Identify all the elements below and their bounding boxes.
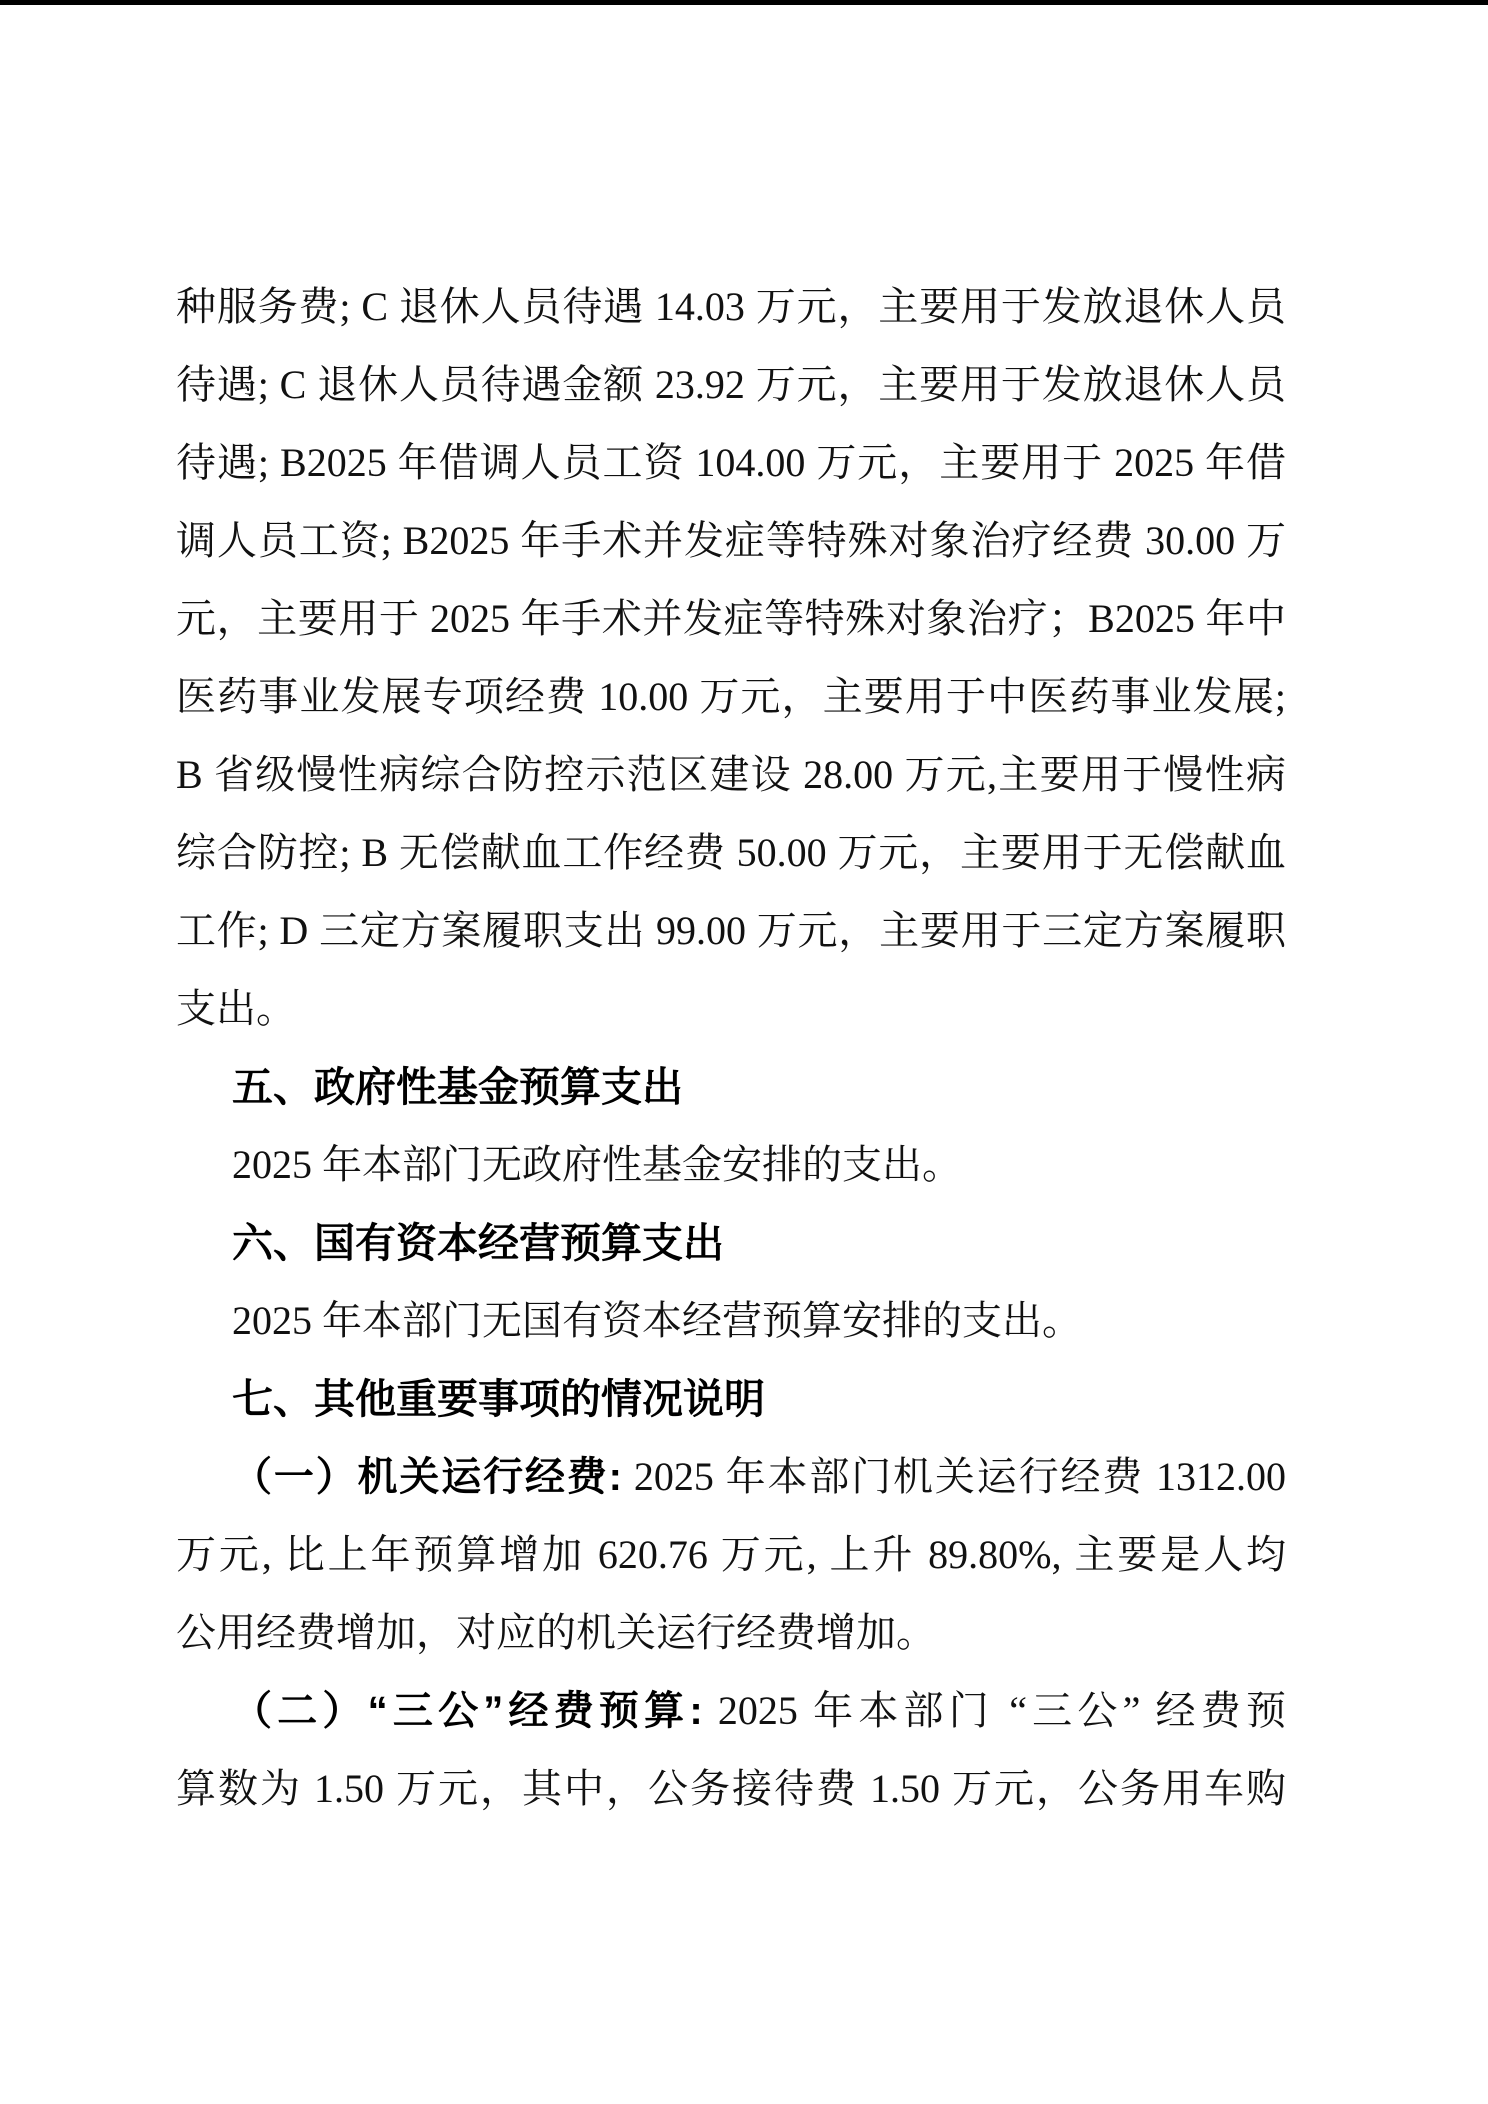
text-column: 种服务费; C 退休人员待遇 14.03 万元，主要用于发放退休人员 待遇; C…	[176, 268, 1286, 1828]
item1-label: （一）机关运行经费:	[232, 1455, 622, 1499]
body-line: B 省级慢性病综合防控示范区建设 28.00 万元,主要用于慢性病	[176, 736, 1286, 814]
body-line: 种服务费; C 退休人员待遇 14.03 万元，主要用于发放退休人员	[176, 268, 1286, 346]
body-line: 工作; D 三定方案履职支出 99.00 万元，主要用于三定方案履职	[176, 892, 1286, 970]
document-page: 种服务费; C 退休人员待遇 14.03 万元，主要用于发放退休人员 待遇; C…	[0, 0, 1488, 2104]
section5-heading: 五、政府性基金预算支出	[176, 1048, 1286, 1126]
body-line: 待遇; B2025 年借调人员工资 104.00 万元，主要用于 2025 年借	[176, 424, 1286, 502]
section5-paragraph: 2025 年本部门无政府性基金安排的支出。	[176, 1126, 1286, 1204]
item1-line3: 公用经费增加，对应的机关运行经费增加。	[176, 1594, 1286, 1672]
item1-line1: （一）机关运行经费: 2025 年本部门机关运行经费 1312.00	[176, 1438, 1286, 1516]
item2-text: 2025 年本部门 “三公” 经费预	[703, 1688, 1286, 1733]
section6-paragraph: 2025 年本部门无国有资本经营预算安排的支出。	[176, 1282, 1286, 1360]
item2-line2: 算数为 1.50 万元，其中，公务接待费 1.50 万元，公务用车购	[176, 1750, 1286, 1828]
body-line: 待遇; C 退休人员待遇金额 23.92 万元，主要用于发放退休人员	[176, 346, 1286, 424]
section7-heading: 七、其他重要事项的情况说明	[176, 1360, 1286, 1438]
item1-line2: 万元, 比上年预算增加 620.76 万元, 上升 89.80%, 主要是人均	[176, 1516, 1286, 1594]
item2-line1: （二）“三公”经费预算: 2025 年本部门 “三公” 经费预	[176, 1672, 1286, 1750]
body-line: 元，主要用于 2025 年手术并发症等特殊对象治疗；B2025 年中	[176, 580, 1286, 658]
section6-heading: 六、国有资本经营预算支出	[176, 1204, 1286, 1282]
body-line: 医药事业发展专项经费 10.00 万元，主要用于中医药事业发展;	[176, 658, 1286, 736]
item2-label: （二）“三公”经费预算:	[232, 1689, 703, 1733]
item1-text: 2025 年本部门机关运行经费 1312.00	[622, 1454, 1286, 1499]
body-line: 调人员工资; B2025 年手术并发症等特殊对象治疗经费 30.00 万	[176, 502, 1286, 580]
scan-edge-bar	[0, 0, 1488, 5]
body-line: 综合防控; B 无偿献血工作经费 50.00 万元，主要用于无偿献血	[176, 814, 1286, 892]
body-line: 支出。	[176, 970, 1286, 1048]
